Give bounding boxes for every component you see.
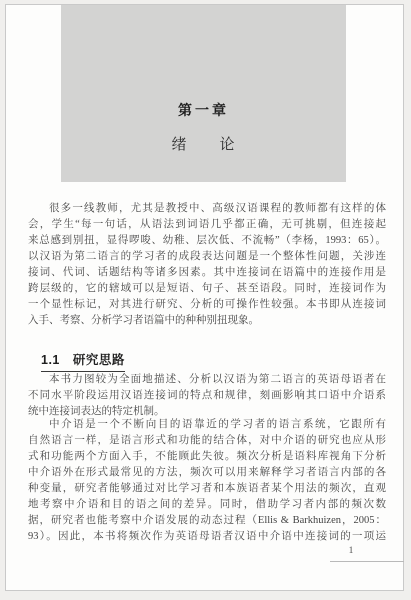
page-number: 1 (331, 546, 371, 556)
text-line: 本书力图较为全面地描述、分析以汉语为第二语言的英语母语者在 (28, 372, 386, 388)
text-line: 种变量，研究者能够通过对比学习者和本族语者某个用法的频次，直观 (28, 481, 386, 497)
text-line: 式和功能两个方面入手，不能顾此失彼。频次分析是语料库视角下分析 (28, 449, 386, 465)
text-line: 自然语言一样，是语言形式和功能的结合体，对中介语的研究也应从形 (28, 433, 386, 449)
paragraph-3: 中介语是一个不断向目的语靠近的学习者的语言系统，它跟所有 自然语言一样，是语言形… (28, 417, 386, 545)
paragraph-1: 很多一线教师，尤其是教授中、高级汉语课程的教师都有这样的体 会，学生“每一句话，… (28, 201, 386, 329)
text-line: 一个显性标记，对其进行研究、分析的可操作性较强。本书即从连接词 (28, 297, 386, 313)
book-page: 第一章 绪 论 很多一线教师，尤其是教授中、高级汉语课程的教师都有这样的体 会，… (5, 4, 404, 591)
text-line: 跨层级的，它的辖域可以是短语、句子、甚至语段。同时，连接词作为 (28, 281, 386, 297)
text-line: 很多一线教师，尤其是教授中、高级汉语课程的教师都有这样的体 (28, 201, 386, 217)
text-line: 地考察中介语和目的语之间的差异。同时，借助学习者内部的频次数 (28, 497, 386, 513)
text-line: 不同水平阶段运用汉语连接词的特点和规律，刻画影响其口语中介语系 (28, 388, 386, 404)
text-line: 据，研究者也能考察中介语发展的动态过程（Ellis & Barkhuizen，2… (28, 513, 386, 529)
text-line: 来总感到别扭，显得啰唆、幼稚、层次低、不流畅”（李杨，1993：65）。 (28, 233, 386, 249)
text-line: 以汉语为第二语言的学习者的成段表达问题是一个整体性问题，关涉连 (28, 249, 386, 265)
text-line: 中介语是一个不断向目的语靠近的学习者的语言系统，它跟所有 (28, 417, 386, 433)
section-heading-text: 1.1 研究思路 (41, 350, 125, 372)
paragraph-2: 本书力图较为全面地描述、分析以汉语为第二语言的英语母语者在 不同水平阶段运用汉语… (28, 372, 386, 420)
chapter-number: 第一章 (61, 100, 346, 120)
text-line: 会，学生“每一句话，从语法到词语几乎都正确，无可挑剔，但连接起 (28, 217, 386, 233)
text-line: 入手、考察、分析学习者语篇中的种种别扭现象。 (28, 313, 386, 329)
text-line: 中介语外在形式最常见的方法，频次可以用来解释学习者语言内部的各 (28, 465, 386, 481)
section-heading: 1.1 研究思路 (41, 350, 125, 372)
text-line: 接词、代词、话题结构等诸多因素。其中连接词在语篇中的连接作用是 (28, 265, 386, 281)
text-line: 93）。因此，本书将频次作为英语母语者汉语中介语中连接词的一项运 (28, 529, 386, 545)
chapter-header-band: 第一章 绪 论 (61, 5, 346, 182)
chapter-title: 绪 论 (61, 133, 346, 154)
footer-rule (330, 561, 404, 562)
